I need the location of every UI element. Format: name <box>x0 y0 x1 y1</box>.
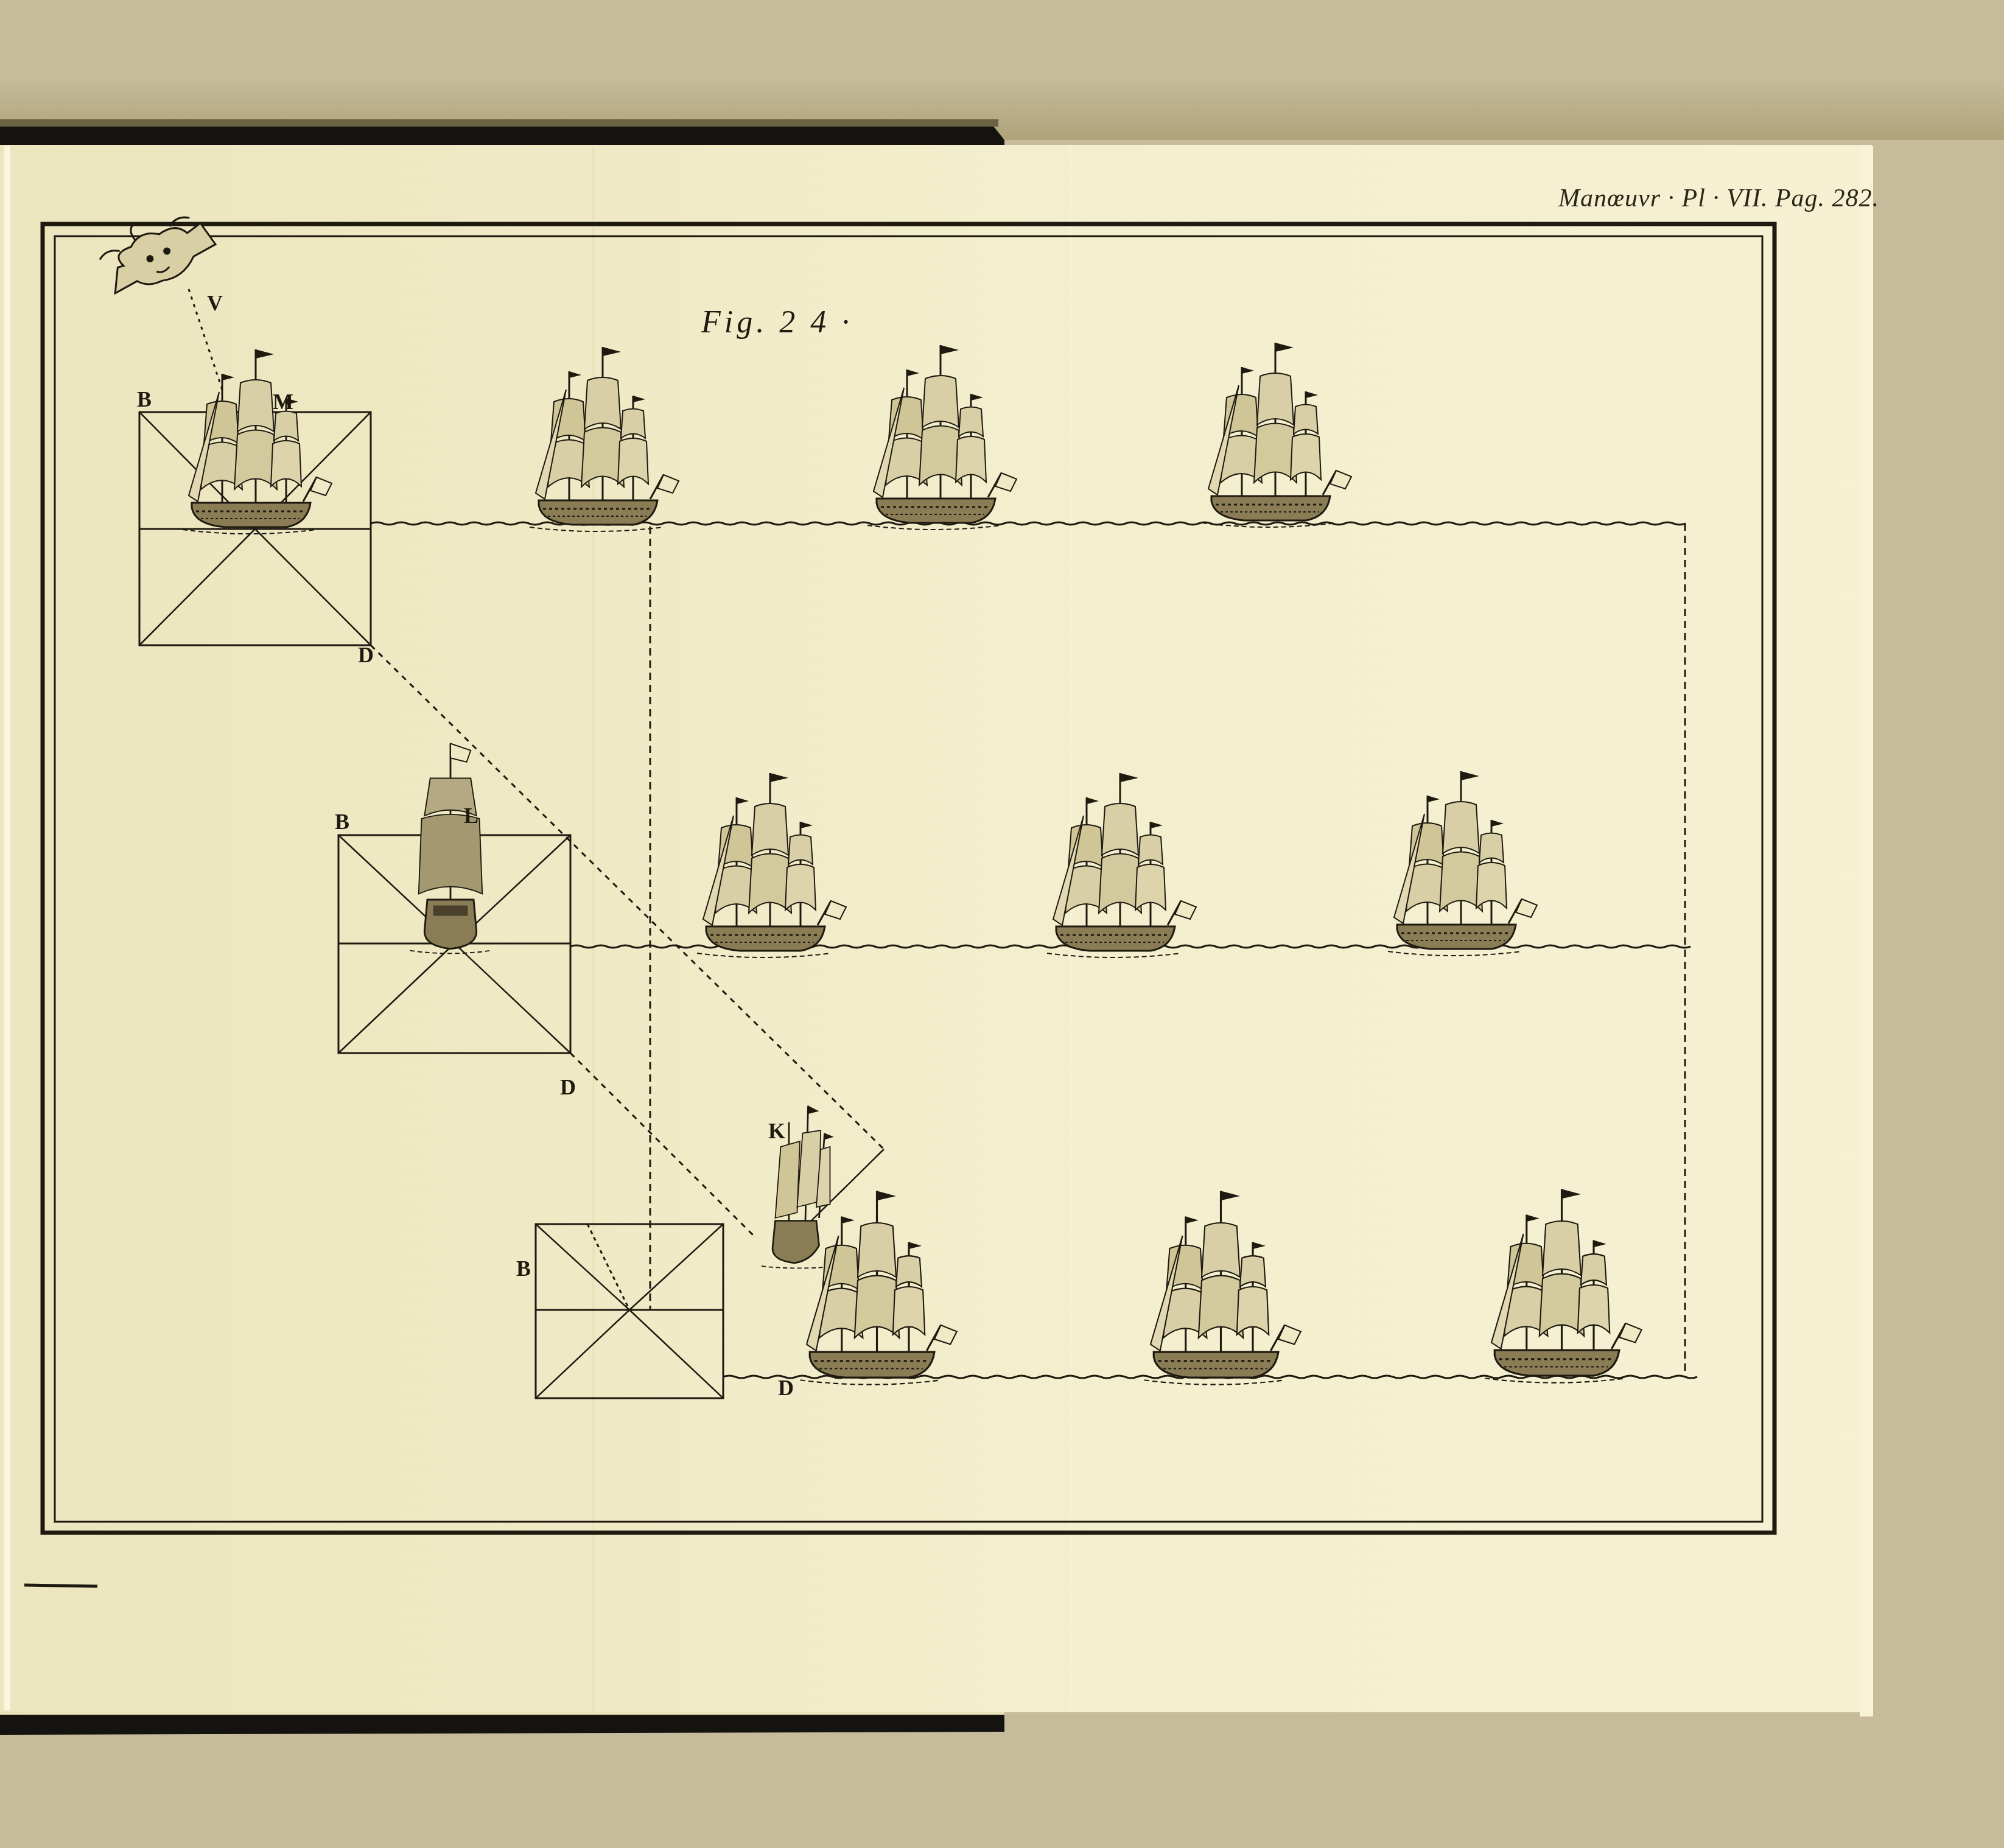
ship-label: K <box>768 1119 785 1143</box>
corner-label: B <box>137 387 152 411</box>
wind-label: V <box>207 291 223 315</box>
plate-scene: V BDBDBDMLK <box>0 0 2004 1848</box>
corner-label: B <box>516 1256 531 1281</box>
page-right-lip <box>1860 146 1873 1717</box>
corner-label: B <box>335 810 349 834</box>
ship-label: M <box>273 390 293 414</box>
corner-label: D <box>778 1376 794 1400</box>
book-cover-top-edge <box>0 119 998 127</box>
stray-ink-mark <box>24 1585 97 1586</box>
book-cover-top <box>0 125 1004 146</box>
corner-label: D <box>560 1075 576 1099</box>
corner-label: D <box>358 643 374 667</box>
book-cover-bottom <box>0 1713 1004 1735</box>
ship-label: L <box>464 803 478 828</box>
